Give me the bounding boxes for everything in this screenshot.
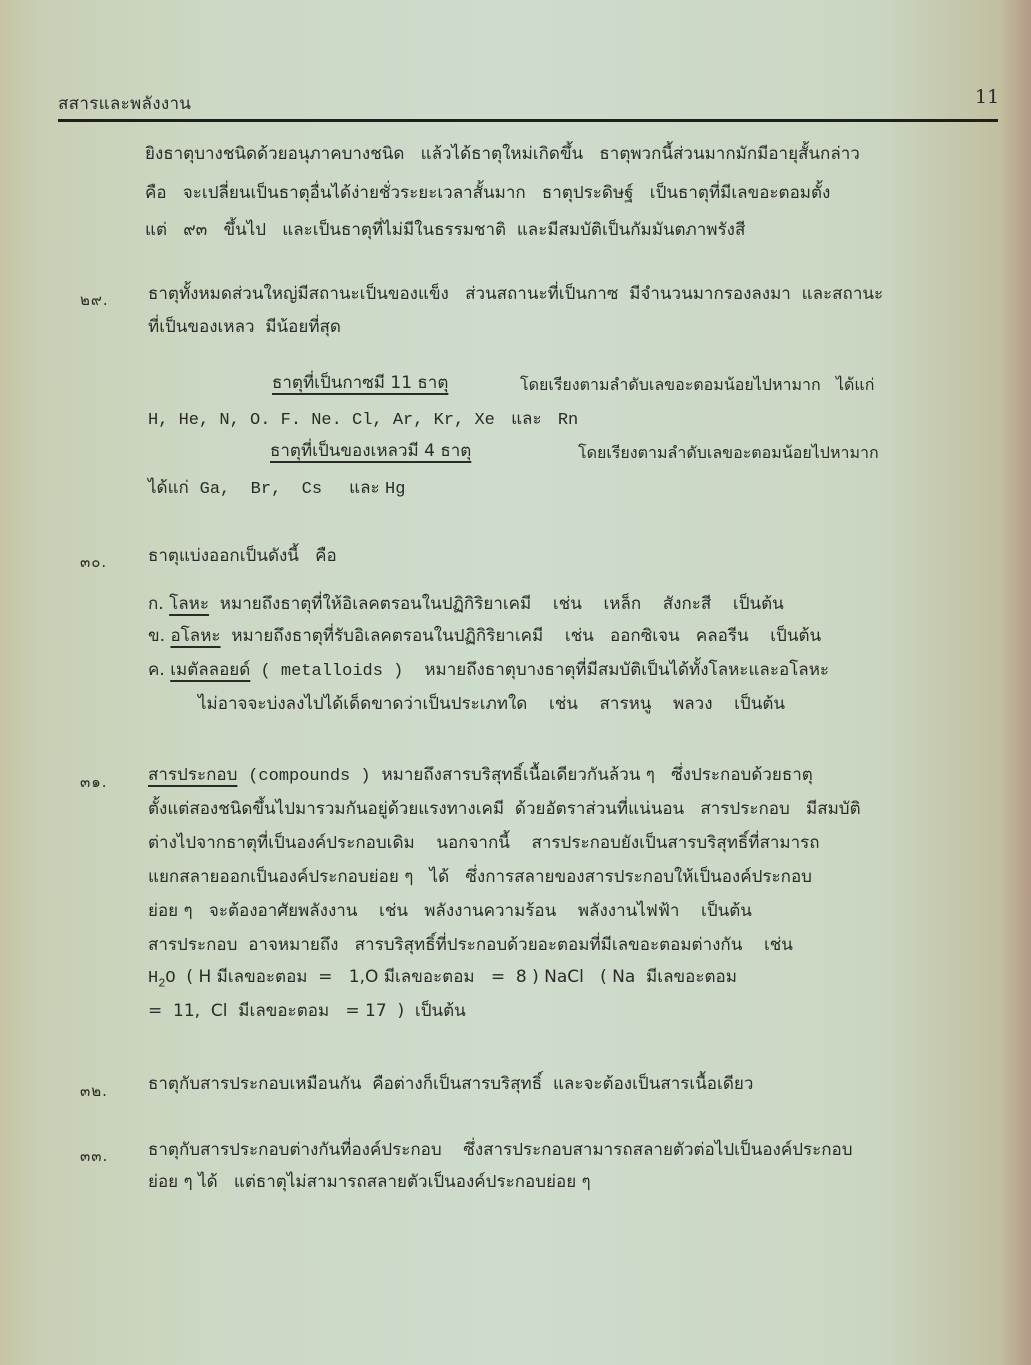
gas-and: และ [511, 409, 542, 429]
liquid-last: Hg [385, 480, 405, 499]
gas-elements-line: H, He, N, O. F. Ne. Cl, Ar, Kr, Xe และ R… [148, 408, 578, 432]
gas-last: Rn [558, 411, 578, 430]
section-number-30: ๓๐. [80, 550, 107, 574]
gas-heading-text: ธาตุที่เป็นกาซมี 11 ธาตุ [272, 373, 448, 393]
liquid-prefix: ได้แก่ [148, 478, 189, 498]
gas-heading: ธาตุที่เป็นกาซมี 11 ธาตุ [272, 372, 448, 394]
liquid-heading-text: ธาตุที่เป็นของเหลวมี 4 ธาตุ [270, 441, 471, 461]
item-marker: ค. [148, 660, 165, 680]
liquid-elements-line: ได้แก่ Ga, Br, Cs และ Hg [148, 477, 405, 501]
term-metal: โลหะ [169, 594, 209, 614]
s33-line-1: ธาตุกับสารประกอบต่างกันที่องค์ประกอบ ซึ่… [148, 1139, 853, 1161]
formula-water: H2O [148, 969, 176, 988]
liquid-and: และ [349, 478, 380, 498]
s31-line-2: ตั้งแต่สองชนิดขึ้นไปมารวมกันอยู่ด้วยแรงท… [148, 798, 861, 820]
s29-line-1: ธาตุทั้งหมดส่วนใหญ่มีสถานะเป็นของแข็ง ส่… [148, 283, 883, 305]
liquid-heading: ธาตุที่เป็นของเหลวมี 4 ธาตุ [270, 440, 471, 462]
section-number-33: ๓๓. [80, 1144, 108, 1168]
s31-example-2: = 11, Cl มีเลขอะตอม = 17 ) เป็นต้น [148, 1000, 466, 1022]
s31-line-5: ย่อย ๆ จะต้องอาศัยพลังงาน เช่น พลังงานคว… [148, 900, 752, 922]
s31-line-1-rest: หมายถึงสารบริสุทธิ์เนื้อเดียวกันล้วน ๆ ซ… [381, 765, 812, 785]
header-rule [58, 119, 998, 122]
s31-example-1: H2O ( H มีเลขอะตอม = 1,O มีเลขอะตอม = 8 … [148, 966, 737, 994]
s30-item-metalloid: ค. เมตัลลอยด์ ( metalloids ) หมายถึงธาตุ… [148, 659, 829, 683]
running-header-title: สสารและพลังงาน [58, 90, 191, 117]
item-definition: หมายถึงธาตุที่ให้อิเลคตรอนในปฏิกิริยาเคม… [209, 594, 784, 614]
term-metalloid-en: ( metalloids ) [250, 662, 413, 681]
section-number-31: ๓๑. [80, 770, 108, 794]
item-definition: หมายถึงธาตุบางธาตุที่มีสมบัติเป็นได้ทั้ง… [414, 660, 830, 680]
term-nonmetal: อโลหะ [170, 626, 220, 646]
section-number-32: ๓๒. [80, 1079, 108, 1103]
intro-line-3: แต่ ๙๓ ขึ้นไป และเป็นธาตุที่ไม่มีในธรรมช… [145, 219, 745, 241]
s32-text: ธาตุกับสารประกอบเหมือนกัน คือต่างก็เป็นส… [148, 1073, 753, 1095]
gas-elements: H, He, N, O. F. Ne. Cl, Ar, Kr, Xe [148, 411, 495, 430]
page-number: 11 [975, 86, 999, 108]
s33-line-2: ย่อย ๆ ได้ แต่ธาตุไม่สามารถสลายตัวเป็นอง… [148, 1171, 591, 1193]
s30-continuation: ไม่อาจจะบ่งลงไปได้เด็ดขาดว่าเป็นประเภทใด… [198, 693, 785, 715]
item-marker: ก. [148, 594, 164, 614]
s30-item-metal: ก. โลหะ หมายถึงธาตุที่ให้อิเลคตรอนในปฏิก… [148, 593, 784, 615]
document-page: สสารและพลังงาน 11 ยิงธาตุบางชนิดด้วยอนุภ… [0, 0, 1031, 1365]
s31-line-4: แยกสลายออกเป็นองค์ประกอบย่อย ๆ ได้ ซึ่งก… [148, 866, 812, 888]
term-compounds-en: (compounds ) [248, 767, 370, 786]
term-compounds: สารประกอบ [148, 765, 237, 785]
s31-line-1: สารประกอบ (compounds ) หมายถึงสารบริสุทธ… [148, 764, 813, 788]
intro-line-1: ยิงธาตุบางชนิดด้วยอนุภาคบางชนิด แล้วได้ธ… [145, 143, 860, 165]
gas-order: โดยเรียงตามลำดับเลขอะตอมน้อยไปหามาก ได้แ… [520, 374, 874, 396]
section-number-29: ๒๙. [80, 288, 109, 312]
intro-line-2: คือ จะเปลี่ยนเป็นธาตุอื่นได้ง่ายชั่วระยะ… [145, 182, 830, 204]
item-marker: ข. [148, 626, 165, 646]
s31-line-6: สารประกอบ อาจหมายถึง สารบริสุทธิ์ที่ประก… [148, 934, 793, 956]
liquid-elements: Ga, Br, Cs [200, 480, 322, 499]
term-metalloid: เมตัลลอยด์ [170, 660, 250, 680]
item-definition: หมายถึงธาตุที่รับอิเลคตรอนในปฏิกิริยาเคม… [221, 626, 822, 646]
liquid-order: โดยเรียงตามลำดับเลขอะตอมน้อยไปหามาก [578, 442, 879, 464]
s30-intro: ธาตุแบ่งออกเป็นดังนี้ คือ [148, 545, 337, 567]
s29-line-2: ที่เป็นของเหลว มีน้อยที่สุด [148, 316, 341, 338]
s30-item-nonmetal: ข. อโลหะ หมายถึงธาตุที่รับอิเลคตรอนในปฏิ… [148, 625, 821, 647]
example-1-text: ( H มีเลขอะตอม = 1,O มีเลขอะตอม = 8 ) Na… [176, 967, 737, 987]
s31-line-3: ต่างไปจากธาตุที่เป็นองค์ประกอบเดิม นอกจา… [148, 832, 820, 854]
